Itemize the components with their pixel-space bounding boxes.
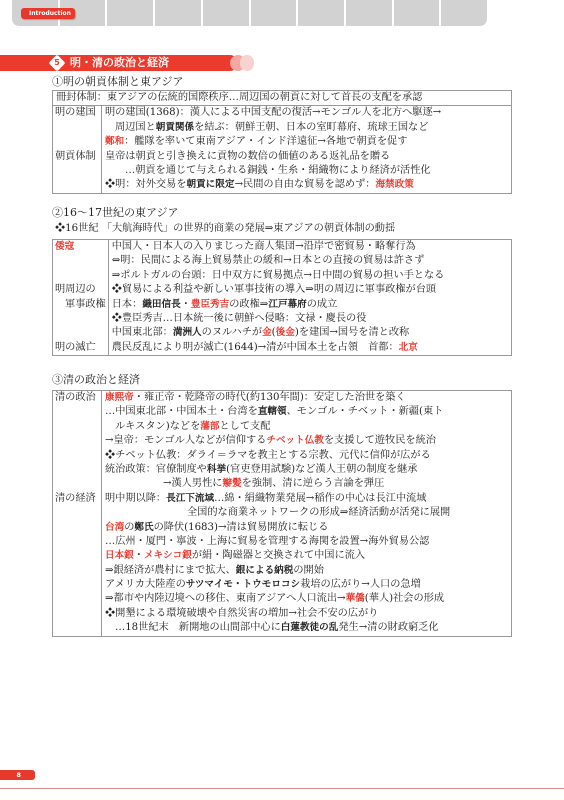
sakuho-definition: 冊封体制：東アジアの伝統的国際秩序…周辺国の朝貢に対して首長の支配を承認 <box>56 91 508 105</box>
introduction-badge[interactable]: Introduction <box>21 8 75 19</box>
text-line: ⇔明：民間による海上貿易禁止の緩和→日本との直接の貿易は許さず <box>112 254 508 268</box>
label-founding: 明の建国 <box>55 106 99 120</box>
text-line: 皇帝は朝貢と引き換えに貢物の数倍の価値のある返礼品を贈る <box>105 150 508 164</box>
section-number-diamond-icon: 5 <box>49 55 66 72</box>
chapter-tab[interactable] <box>298 0 344 26</box>
label-qing-economy: 清の経済 <box>55 492 99 506</box>
label-wako: 倭寇 <box>55 240 106 254</box>
label-tribute: 朝貢体制 <box>55 150 99 164</box>
text-line: ❖明：対外交易を朝貢に限定→民間の自由な貿易を認めず：海禁政策 <box>105 178 508 192</box>
label-military-1: 明周辺の <box>55 283 106 297</box>
table-cell: 中国人・日本人の入りまじった商人集団→沿岸で密貿易・略奪行為 ⇔明：民間による海… <box>108 240 511 356</box>
subheading-qing: ③清の政治と経済 <box>52 372 140 387</box>
text-line: 台湾の鄭氏の降伏(1683)→清は貿易開放に転じる <box>105 521 508 535</box>
text-line: 全国的な商業ネットワークの形成⇒経済活動が活発に展開 <box>105 506 508 520</box>
text-line: 中国東北部：満洲人のヌルハチが金(後金)を建国→国号を清と改称 <box>112 326 508 340</box>
section-title: 明・清の政治と経済 <box>70 55 169 71</box>
page-number-badge: 8 <box>0 770 35 780</box>
text-line: ⇒銀経済が農村にまで拡大、銀による納税の開始 <box>105 564 508 578</box>
text-line: ⇒都市や内陸辺境への移住、東南アジアへ人口流出→華僑(華人)社会の形成 <box>105 592 508 606</box>
text-line: ❖豊臣秀吉…日本統一後に朝鮮へ侵略：文禄・慶長の役 <box>112 312 508 326</box>
section-bar-fade <box>240 55 254 71</box>
part2-intro: ❖16世紀 「大航海時代」の世界的商業の発展⇒東アジアの朝貢体制の動揺 <box>55 221 395 236</box>
label-military-2: 軍事政権 <box>55 298 106 312</box>
text-line: →漢人男性に辮髪を強制、清に逆らう言論を弾圧 <box>105 477 508 491</box>
chapter-tab[interactable] <box>251 0 297 26</box>
text-line: 統治政策：官僚制度や科挙(官吏登用試験)など漢人王朝の制度を継承 <box>105 463 508 477</box>
section-header: 5 明・清の政治と経済 <box>0 55 255 71</box>
table-row: 明の建国 朝貢体制 明の建国(1368)：漢人による中国支配の復活→モンゴル人を… <box>53 106 512 193</box>
table-row: 冊封体制：東アジアの伝統的国際秩序…周辺国の朝貢に対して首長の支配を承認 <box>53 91 512 106</box>
text-line: …広州・厦門・寧波・上海に貿易を管理する海関を設置→海外貿易公認 <box>105 535 508 549</box>
text-line: …中国東北部・中国本土・台湾を直轄領、モンゴル・チベット・新疆(東ト <box>105 405 508 419</box>
table-row: 倭寇 明周辺の 軍事政権 明の滅亡 中国人・日本人の入りまじった商人集団→沿岸で… <box>53 240 512 356</box>
row-labels: 明の建国 朝貢体制 <box>53 106 102 193</box>
chapter-tab[interactable] <box>107 0 153 26</box>
text-line: ❖チベット仏教：ダライ＝ラマを教主とする宗教、元代に信仰が広がる <box>105 449 508 463</box>
text-line: ❖貿易による利益や新しい軍事技術の導入⇒明の周辺に軍事政権が台頭 <box>112 283 508 297</box>
section-number: 5 <box>51 57 63 69</box>
subheading-16-17c: ②16～17世紀の東アジア <box>52 205 179 220</box>
table-cell: 康熙帝・雍正帝・乾隆帝の時代(約130年間)：安定した治世を築く …中国東北部・… <box>102 391 512 637</box>
text-line: 周辺国と朝貢関係を結ぶ：朝鮮王朝、日本の室町幕府、琉球王国など <box>105 121 508 135</box>
row-labels: 倭寇 明周辺の 軍事政権 明の滅亡 <box>53 240 109 356</box>
row-labels: 清の政治 清の経済 <box>53 391 102 637</box>
chapter-tab[interactable] <box>441 0 487 26</box>
text-line: 農民反乱により明が滅亡(1644)→清が中国本土を占領 首都：北京 <box>112 341 508 355</box>
chapter-tab[interactable] <box>203 0 249 26</box>
table-cell: 明の建国(1368)：漢人による中国支配の復活→モンゴル人を北方へ駆逐→ 周辺国… <box>102 106 512 193</box>
text-line: 日本：織田信長・豊臣秀吉の政権⇒江戸幕府の成立 <box>112 298 508 312</box>
text-line: アメリカ大陸産のサツマイモ・トウモロコシ栽培の広がり→人口の急増 <box>105 578 508 592</box>
text-line: 鄭和：艦隊を率いて東南アジア・インド洋遠征→各地で朝貢を促す <box>105 135 508 149</box>
label-ming-fall: 明の滅亡 <box>55 341 106 355</box>
text-line: …18世紀末 新開地の山間部中心に白蓮教徒の乱発生→清の財政窮乏化 <box>105 621 508 635</box>
text-line: 中国人・日本人の入りまじった商人集団→沿岸で密貿易・略奪行為 <box>112 240 508 254</box>
qing-table: 清の政治 清の経済 康熙帝・雍正帝・乾隆帝の時代(約130年間)：安定した治世を… <box>52 390 512 637</box>
chapter-tab-strip <box>12 0 487 26</box>
text-line: 明中期以降：長江下流域…綿・絹織物業発展→稲作の中心は長江中流域 <box>105 492 508 506</box>
footer-divider <box>0 788 564 789</box>
chapter-tab[interactable] <box>346 0 392 26</box>
text-line: 日本銀・メキシコ銀が絹・陶磁器と交換されて中国に流入 <box>105 549 508 563</box>
text-line: ❖開墾による環境破壊や自然災害の増加→社会不安の広がり <box>105 607 508 621</box>
table-cell: 冊封体制：東アジアの伝統的国際秩序…周辺国の朝貢に対して首長の支配を承認 <box>53 91 512 106</box>
east-asia-table: 倭寇 明周辺の 軍事政権 明の滅亡 中国人・日本人の入りまじった商人集団→沿岸で… <box>52 239 512 356</box>
table-row: 清の政治 清の経済 康熙帝・雍正帝・乾隆帝の時代(約130年間)：安定した治世を… <box>53 391 512 637</box>
text-line: 明の建国(1368)：漢人による中国支配の復活→モンゴル人を北方へ駆逐→ <box>105 106 508 120</box>
text-line: 康熙帝・雍正帝・乾隆帝の時代(約130年間)：安定した治世を築く <box>105 391 508 405</box>
chapter-tab[interactable] <box>155 0 201 26</box>
text-line: ルキスタン)などを藩部として支配 <box>105 420 508 434</box>
text-line: →皇帝：モンゴル人などが信仰するチベット仏教を支援して遊牧民を統治 <box>105 434 508 448</box>
chapter-tab[interactable] <box>394 0 440 26</box>
text-line: …朝貢を通じて与えられる銅銭・生糸・絹織物により経済が活性化 <box>105 164 508 178</box>
ming-tribute-table: 冊封体制：東アジアの伝統的国際秩序…周辺国の朝貢に対して首長の支配を承認 明の建… <box>52 90 512 194</box>
label-qing-politics: 清の政治 <box>55 391 99 405</box>
text-line: ⇒ポルトガルの台頭：日中双方に貿易拠点→日中間の貿易の担い手となる <box>112 269 508 283</box>
subheading-ming-tribute: ①明の朝貢体制と東アジア <box>52 74 184 89</box>
